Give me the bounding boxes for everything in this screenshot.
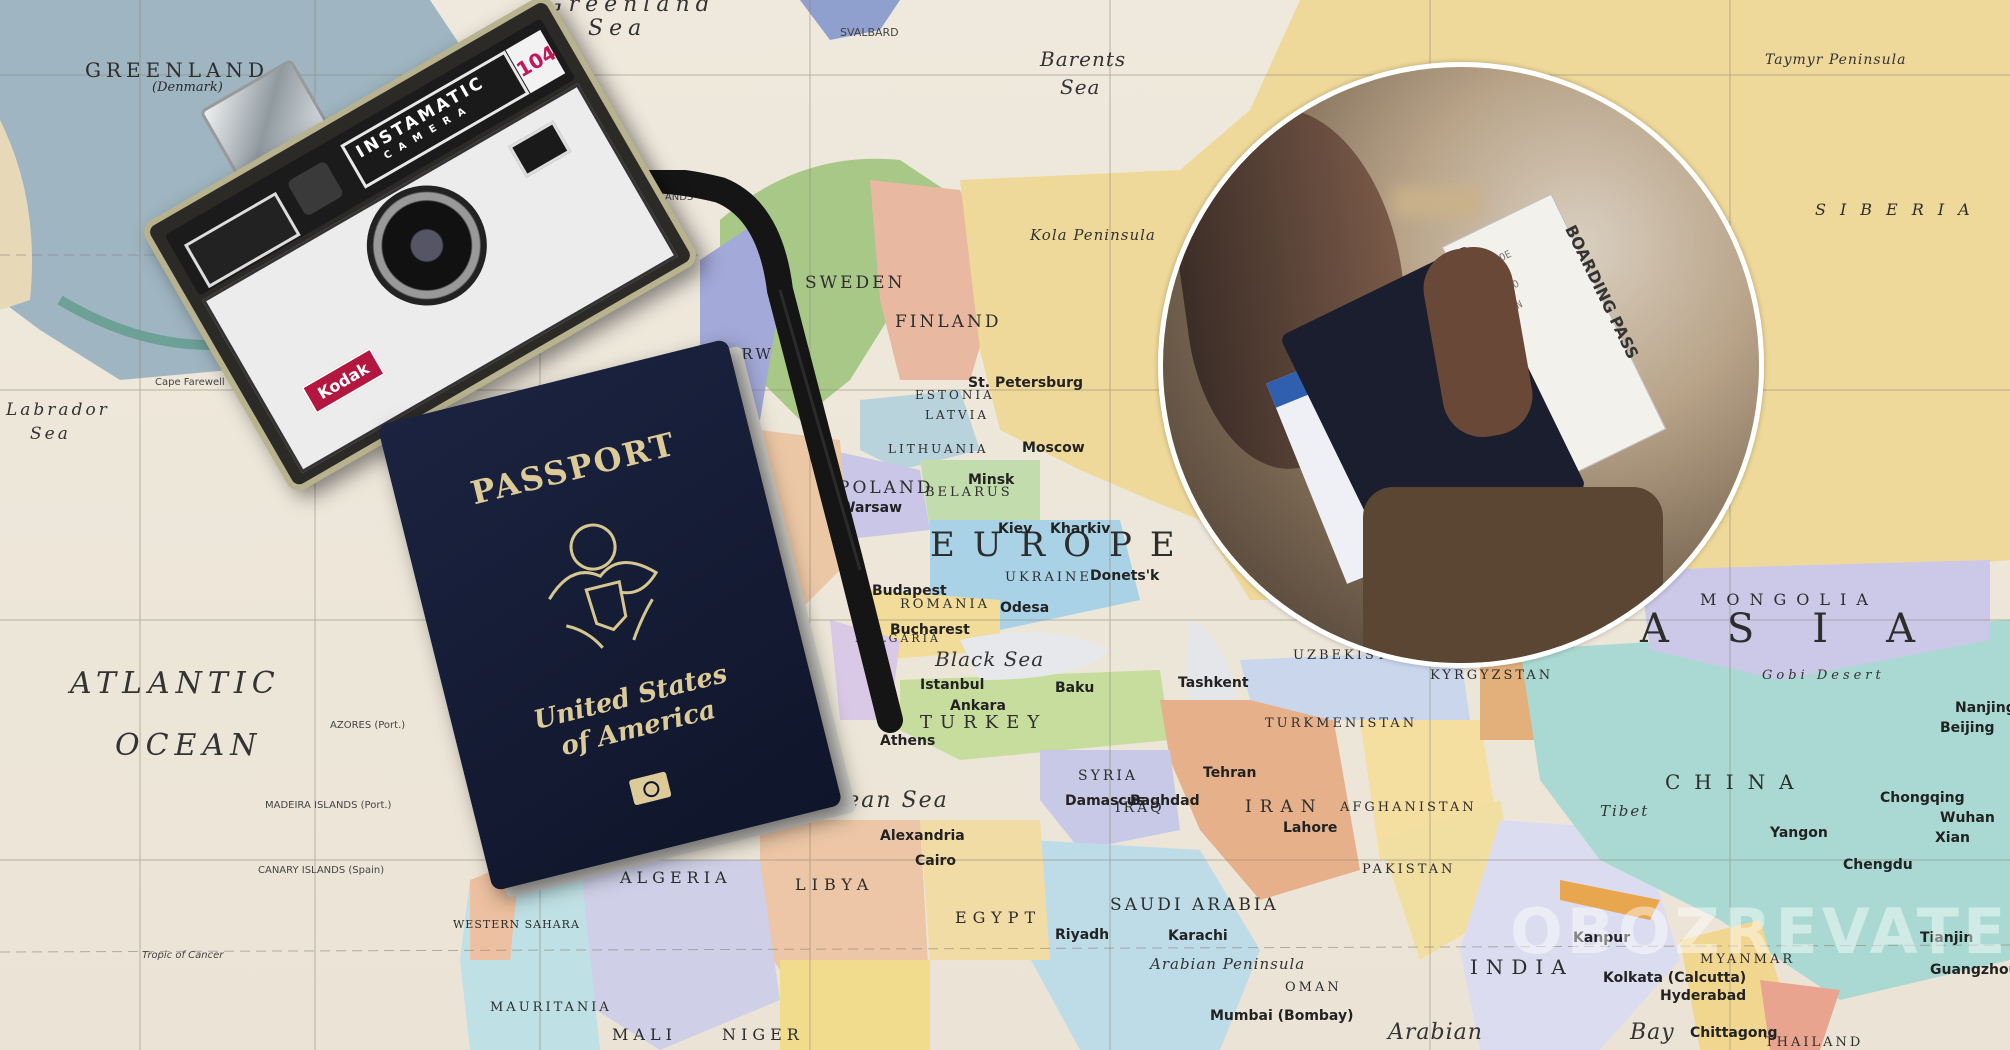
city-karachi: Karachi	[1168, 928, 1228, 944]
label-saudi-arabia: SAUDI ARABIA	[1110, 895, 1279, 915]
city-kolkata: Kolkata (Calcutta)	[1603, 970, 1746, 986]
label-cape-farewell: Cape Farewell	[155, 377, 225, 388]
city-st-petersburg: St. Petersburg	[968, 375, 1083, 391]
label-labrador: Labrador	[6, 400, 110, 420]
watermark: OBOZREVATEL	[1510, 895, 2010, 968]
label-siberia: SIBERIA	[1815, 200, 1984, 219]
city-xian: Chongqing	[1880, 790, 1965, 806]
label-arabian-peninsula: Arabian Peninsula	[1150, 955, 1305, 973]
city-tashkent: Tashkent	[1178, 675, 1249, 691]
label-latvia: LATVIA	[925, 408, 989, 422]
city-mumbai: Mumbai (Bombay)	[1210, 1008, 1353, 1024]
label-egypt: EGYPT	[955, 908, 1041, 927]
label-algeria: ALGERIA	[620, 868, 732, 887]
city-chittagong: Hyderabad	[1660, 988, 1746, 1004]
label-kola: Kola Peninsula	[1030, 226, 1156, 244]
city-minsk: Minsk	[968, 472, 1014, 488]
label-oman: OMAN	[1285, 980, 1342, 995]
label-libya: LIBYA	[795, 875, 874, 894]
label-mauritania: MAURITANIA	[490, 1000, 612, 1015]
label-madeira: MADEIRA ISLANDS (Port.)	[265, 800, 391, 811]
label-barents-sea: Sea	[1060, 75, 1100, 99]
label-turkmenistan: TURKMENISTAN	[1265, 716, 1417, 731]
label-afghanistan: AFGHANISTAN	[1340, 800, 1477, 815]
label-svalbard: SVALBARD	[840, 26, 899, 39]
city-odesa: Odesa	[1000, 600, 1049, 616]
label-black-sea: Black Sea	[935, 647, 1044, 671]
city-nanjing: Wuhan	[1940, 810, 1995, 826]
label-greenland-sea-2: Sea	[588, 16, 647, 41]
label-tropic: Tropic of Cancer	[142, 950, 223, 961]
label-tibet: Tibet	[1600, 802, 1649, 820]
label-mali: MALI	[612, 1025, 677, 1044]
label-barents: Barents	[1040, 47, 1126, 71]
city-moscow: Moscow	[1022, 440, 1085, 456]
label-bay-of-bengal: Bay	[1630, 1020, 1675, 1045]
label-arabian-sea: Arabian	[1388, 1020, 1483, 1045]
travel-scene: GREENLAND (Denmark) Greenland Sea Barent…	[0, 0, 2010, 1050]
city-donetsk: Donets'k	[1090, 568, 1159, 584]
label-canary: CANARY ISLANDS (Spain)	[258, 865, 384, 876]
city-istanbul: Istanbul	[920, 677, 984, 693]
label-china: CHINA	[1665, 770, 1808, 794]
label-niger: NIGER	[722, 1025, 804, 1044]
city-yangon: Chittagong	[1690, 1025, 1778, 1041]
bag	[1363, 487, 1663, 668]
city-alexandria: Alexandria	[880, 828, 965, 844]
city-chengdu: Yangon	[1770, 825, 1828, 841]
city-wuhan: Xian	[1935, 830, 1970, 846]
city-kiev: Kiev	[998, 521, 1032, 537]
label-turkey: TURKEY	[920, 712, 1047, 733]
inset-boarding-photo: BOARDING PASS JOHN DOE CHICAGO LONDON	[1158, 62, 1764, 668]
label-labrador-sea: Sea	[30, 424, 71, 444]
city-riyadh: Riyadh	[1055, 927, 1109, 943]
label-greenland: GREENLAND	[85, 58, 269, 82]
label-azores: AZORES (Port.)	[330, 720, 405, 731]
label-ocean: OCEAN	[115, 728, 262, 763]
label-atlantic: ATLANTIC	[70, 666, 281, 701]
city-tianjin: Beijing	[1940, 720, 1995, 736]
label-gobi: Gobi Desert	[1762, 668, 1885, 683]
city-tehran: Tehran	[1203, 765, 1256, 781]
city-lahore: Lahore	[1283, 820, 1337, 836]
label-greenland-sub: (Denmark)	[152, 80, 223, 95]
label-syria: SYRIA	[1078, 768, 1138, 784]
label-pakistan: PAKISTAN	[1362, 862, 1455, 877]
city-kharkiv: Kharkiv	[1050, 521, 1110, 537]
label-iran: IRAN	[1245, 797, 1324, 817]
city-ankara: Ankara	[950, 698, 1006, 714]
label-taymyr: Taymyr Peninsula	[1765, 52, 1906, 68]
label-thailand: THAILAND	[1765, 1035, 1863, 1050]
city-baku: Baku	[1055, 680, 1094, 696]
city-beijing: Nanjing	[1955, 700, 2010, 716]
label-kyrgyzstan: KYRGYZSTAN	[1430, 668, 1553, 683]
city-baghdad: Baghdad	[1130, 793, 1200, 809]
label-ukraine: UKRAINE	[1005, 570, 1092, 585]
city-cairo: Cairo	[915, 853, 956, 869]
label-greenland-sea: Greenland	[545, 0, 716, 17]
city-chongqing: Chengdu	[1843, 857, 1913, 873]
label-western-sahara: WESTERN SAHARA	[453, 918, 580, 931]
